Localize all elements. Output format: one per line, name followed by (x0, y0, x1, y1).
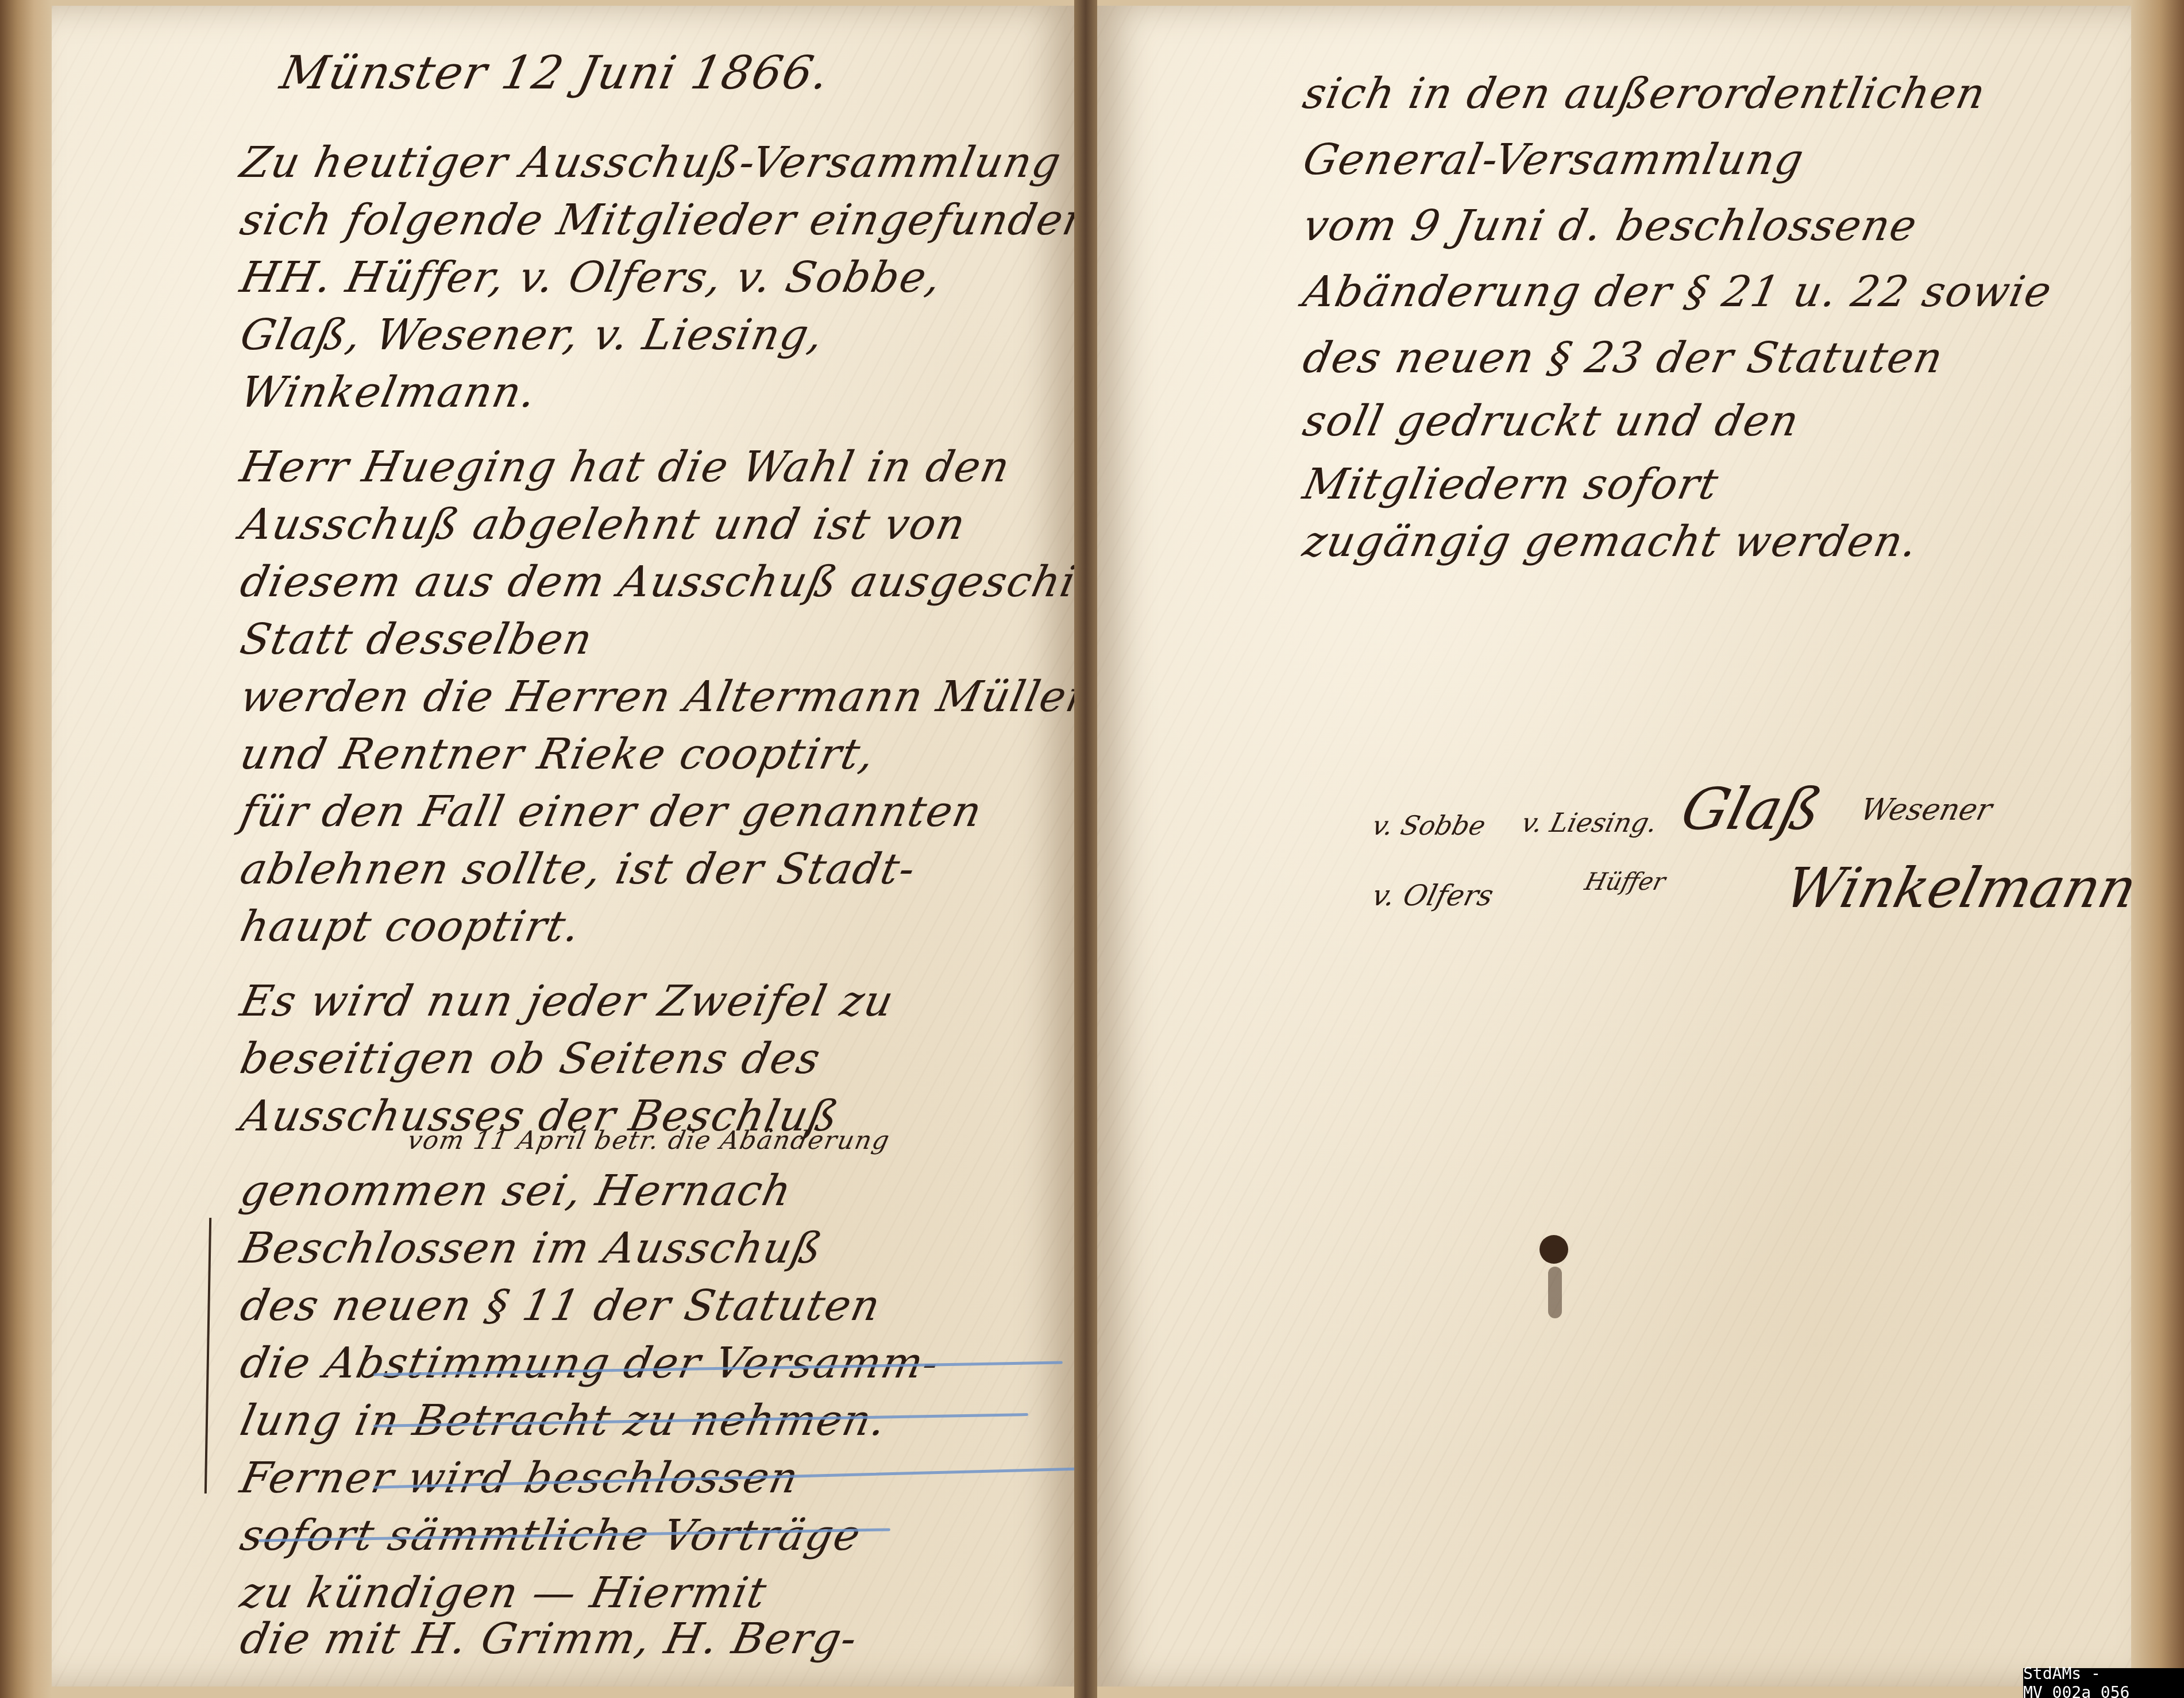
right-page: sich in den außerordentlichen General-Ve… (1097, 6, 2131, 1687)
text-line: sich in den außerordentlichen (1299, 69, 1990, 118)
open-book: Münster 12 Juni 1866. Zu heutiger Aussch… (0, 0, 2184, 1698)
text-line: zugängig gemacht werden. (1299, 517, 1923, 566)
book-gutter (1074, 0, 1097, 1698)
text-line: für den Fall einer der genannten (236, 787, 987, 836)
archive-watermark: StdAMs - MV_002a_056 (2023, 1668, 2184, 1698)
interlinear-note: vom 11 April betr. die Abänderung (405, 1126, 893, 1155)
text-line: sich folgende Mitglieder eingefunden (236, 195, 1097, 245)
text-line: die mit H. Grimm, H. Berg- (236, 1614, 862, 1664)
text-line: zu kündigen — Hiermit (236, 1568, 771, 1618)
text-line: ablehnen sollte, ist der Stadt- (236, 844, 921, 894)
signature: Glaß (1674, 775, 1828, 843)
signature: v. Sobbe (1369, 810, 1489, 841)
signature: Hüffer (1582, 867, 1669, 896)
text-line: und Rentner Rieke cooptirt, (236, 730, 880, 779)
text-line: vom 9 Juni d. beschlossene (1299, 201, 1922, 250)
text-line: des neuen § 23 der Statuten (1299, 333, 1948, 383)
signature: Winkelmann (1778, 856, 2143, 920)
margin-line (204, 1218, 211, 1494)
text-line: des neuen § 11 der Statuten (236, 1281, 885, 1330)
text-line: Es wird nun jeder Zweifel zu (236, 977, 899, 1026)
text-line: General-Versammlung (1299, 135, 1809, 184)
text-line: Beschlossen im Ausschuß (236, 1224, 827, 1273)
text-line: lung in Betracht zu nehmen. (236, 1396, 892, 1445)
text-line: Abänderung der § 21 u. 22 sowie (1299, 267, 2057, 317)
text-line: beseitigen ob Seitens des (236, 1034, 825, 1083)
text-line: die Abstimmung der Versamm- (236, 1338, 944, 1388)
text-line: Glaß, Wesener, v. Liesing, (236, 310, 829, 360)
ink-smear (1548, 1267, 1562, 1318)
signature: v. Liesing. (1518, 807, 1661, 838)
signature: Wesener (1857, 793, 1996, 827)
page-heading: Münster 12 Juni 1866. (276, 46, 835, 99)
text-line: Herr Hueging hat die Wahl in den (236, 442, 1015, 492)
text-line: haupt cooptirt. (236, 902, 585, 951)
text-line: diesem aus dem Ausschuß ausgeschieden. (236, 557, 1205, 607)
text-line: Ausschuß abgelehnt und ist von (236, 500, 971, 549)
text-line: Winkelmann. (236, 368, 542, 417)
text-line: genommen sei, Hernach (236, 1166, 797, 1215)
text-line: Statt desselben (236, 615, 597, 664)
left-page: Münster 12 Juni 1866. Zu heutiger Aussch… (52, 6, 1075, 1687)
text-line: werden die Herren Altermann Müller (236, 672, 1094, 721)
text-line: soll gedruckt und den (1299, 396, 1804, 446)
ink-blot (1539, 1235, 1568, 1264)
text-line: HH. Hüffer, v. Olfers, v. Sobbe, (236, 253, 947, 302)
signature: v. Olfers (1369, 879, 1497, 912)
text-line: Mitgliedern sofort (1299, 460, 1723, 509)
